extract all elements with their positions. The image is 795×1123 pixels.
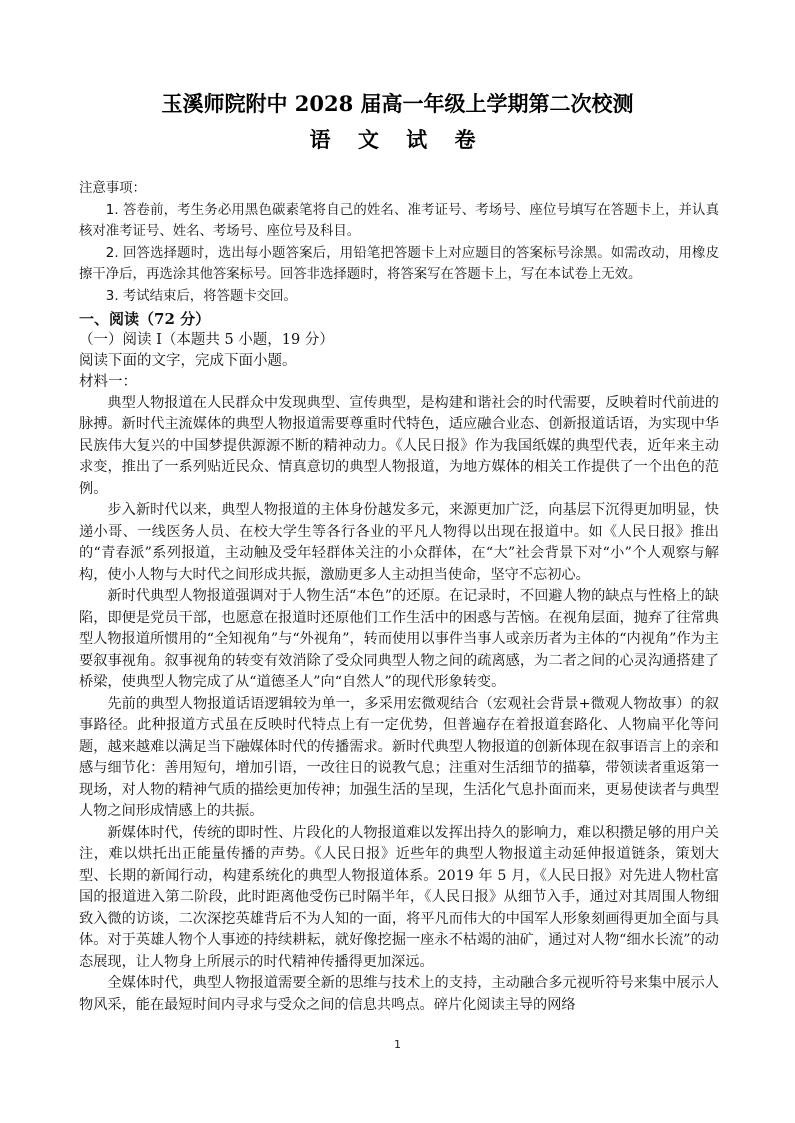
material-text: 典型人物报道在人民群众中发现典型、宣传典型，是构建和谐社会的时代需要，反映着时代…: [79, 393, 719, 1017]
paragraph: 步入新时代以来，典型人物报道的主体身份越发多元，来源更加广泛，向基层下沉得更加明…: [79, 500, 719, 586]
page-number: 1: [0, 1038, 795, 1051]
section-subheading: （一）阅读 I（本题共 5 小题，19 分）: [79, 330, 719, 351]
notice-label: 注意事项：: [79, 178, 719, 200]
exam-subject-title: 语 文 试 卷: [0, 124, 795, 154]
page-content: 注意事项： 1. 答卷前，考生务必用黑色碳素笔将自己的姓名、准考证号、考场号、座…: [79, 178, 719, 1016]
paragraph: 新媒体时代，传统的即时性、片段化的人物报道难以发挥出持久的影响力，难以积攒足够的…: [79, 823, 719, 974]
material-label: 材料一：: [79, 372, 719, 393]
paragraph: 全媒体时代，典型人物报道需要全新的思维与技术上的支持，主动融合多元视听符号来集中…: [79, 973, 719, 1016]
notice-block: 注意事项： 1. 答卷前，考生务必用黑色碳素笔将自己的姓名、准考证号、考场号、座…: [79, 178, 719, 308]
notice-item-1: 1. 答卷前，考生务必用黑色碳素笔将自己的姓名、准考证号、考场号、座位号填写在答…: [79, 200, 719, 243]
notice-item-2: 2. 回答选择题时，选出每小题答案后，用铅笔把答题卡上对应题目的答案标号涂黑。如…: [79, 243, 719, 286]
paragraph: 新时代典型人物报道强调对于人物生活“本色”的还原。在记录时，不回避人物的缺点与性…: [79, 586, 719, 694]
notice-item-3: 3. 考试结束后，将答题卡交回。: [79, 286, 719, 308]
section-heading: 一、阅读（72 分）: [79, 308, 719, 330]
paragraph: 典型人物报道在人民群众中发现典型、宣传典型，是构建和谐社会的时代需要，反映着时代…: [79, 393, 719, 501]
exam-page: 玉溪师院附中 2028 届高一年级上学期第二次校测 语 文 试 卷 注意事项： …: [0, 0, 795, 1123]
paragraph: 先前的典型人物报道话语逻辑较为单一，多采用宏微观结合（宏观社会背景+微观人物故事…: [79, 694, 719, 823]
section-instruction: 阅读下面的文字，完成下面小题。: [79, 351, 719, 372]
exam-title: 玉溪师院附中 2028 届高一年级上学期第二次校测: [0, 88, 795, 118]
